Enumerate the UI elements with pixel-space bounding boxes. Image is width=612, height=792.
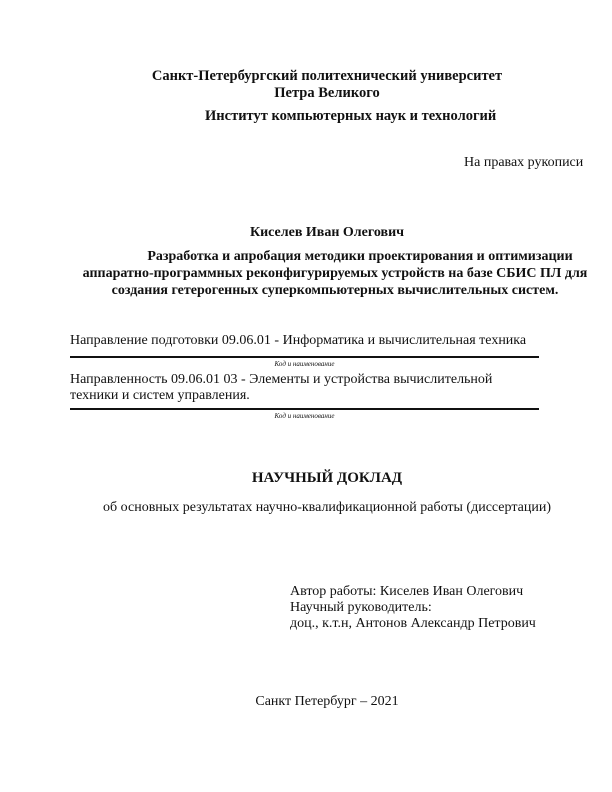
city-year: Санкт Петербург – 2021 (0, 694, 612, 710)
rights-note: На правах рукописи (464, 155, 583, 171)
supervisor-label: Научный руководитель: (290, 600, 536, 616)
dissertation-title: Разработка и апробация методики проектир… (70, 248, 600, 299)
title-line-2: аппаратно-программных реконфигурируемых … (70, 265, 600, 282)
document-type: НАУЧНЫЙ ДОКЛАД (0, 470, 612, 487)
specialization-caption: Код и наименование (70, 412, 539, 420)
title-line-3: создания гетерогенных суперкомпьютерных … (70, 282, 600, 299)
author-info: Автор работы: Киселев Иван Олегович Науч… (290, 584, 536, 632)
title-line-1: Разработка и апробация методики проектир… (70, 248, 600, 265)
university-line-1: Санкт-Петербургский политехнический унив… (0, 68, 612, 85)
specialization: Направленность 09.06.01 03 - Элементы и … (70, 372, 540, 404)
divider (70, 356, 539, 358)
university-line-2: Петра Великого (0, 85, 612, 102)
institute-name: Институт компьютерных наук и технологий (205, 108, 496, 125)
author-name: Киселев Иван Олегович (0, 225, 612, 241)
supervisor-name: доц., к.т.н, Антонов Александр Петрович (290, 616, 536, 632)
document-subtitle: об основных результатах научно-квалифика… (0, 500, 612, 516)
direction-caption: Код и наименование (70, 360, 539, 368)
university-name: Санкт-Петербургский политехнический унив… (0, 68, 612, 102)
author-line: Автор работы: Киселев Иван Олегович (290, 584, 536, 600)
study-direction: Направление подготовки 09.06.01 - Информ… (70, 333, 526, 349)
divider (70, 408, 539, 410)
